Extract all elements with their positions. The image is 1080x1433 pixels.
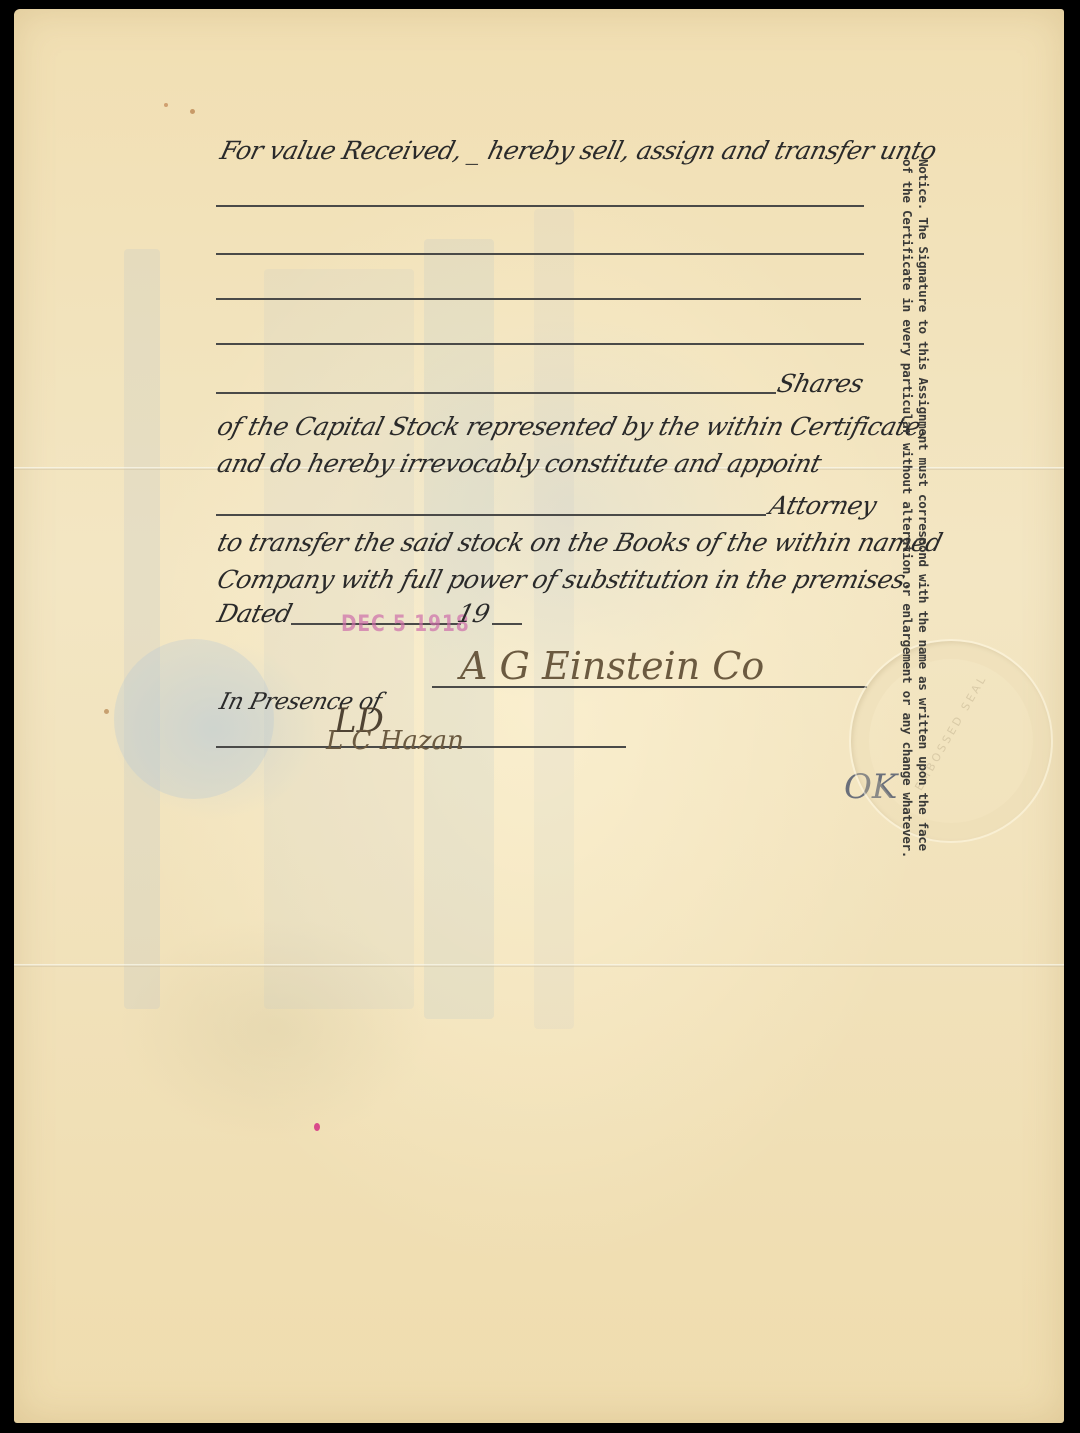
- show-through-panel: [264, 269, 414, 1009]
- shares-label: Shares: [774, 369, 866, 398]
- assignee-line-1[interactable]: [216, 205, 864, 207]
- assignee-line-2[interactable]: [216, 253, 864, 255]
- assignee-line-3[interactable]: [216, 298, 861, 300]
- stain: [190, 109, 195, 114]
- show-through-oval: [114, 639, 274, 799]
- notice-line-1: Notice. The Signature to this Assignment…: [915, 159, 931, 779]
- notice-line-2: of the Certificate in every particular w…: [899, 159, 915, 779]
- transfer-text-line4: to transfer the said stock on the Books …: [214, 528, 945, 557]
- transfer-text-line2: of the Capital Stock represented by the …: [214, 412, 931, 441]
- certificate-paper: For value Received, _ hereby sell, assig…: [14, 9, 1064, 1423]
- assignor-signature: A G Einstein Co: [460, 644, 764, 688]
- transfer-text-line5: Company with full power of substitution …: [214, 565, 915, 594]
- stain: [164, 103, 168, 107]
- signature-notice: Notice. The Signature to this Assignment…: [891, 159, 931, 779]
- shares-line[interactable]: [216, 392, 776, 394]
- fold-crease: [14, 964, 1064, 967]
- date-stamp: DEC 5 1918: [341, 612, 470, 637]
- embossed-seal: EMBOSSED SEAL: [849, 639, 1053, 843]
- attorney-line[interactable]: [216, 514, 766, 516]
- witness-signature: L C Hazan: [326, 726, 464, 756]
- date-line-end: [492, 623, 522, 625]
- dated-label: Dated: [214, 599, 295, 628]
- transfer-text-line3: and do hereby irrevocably constitute and…: [214, 449, 824, 478]
- stain: [314, 1123, 320, 1131]
- transfer-text-line1: For value Received, _ hereby sell, assig…: [217, 136, 939, 165]
- assignee-line-4[interactable]: [216, 343, 864, 345]
- attorney-label: Attorney: [766, 491, 879, 520]
- stain: [104, 709, 109, 714]
- show-through-panel: [534, 209, 574, 1029]
- show-through-panel: [124, 249, 160, 1009]
